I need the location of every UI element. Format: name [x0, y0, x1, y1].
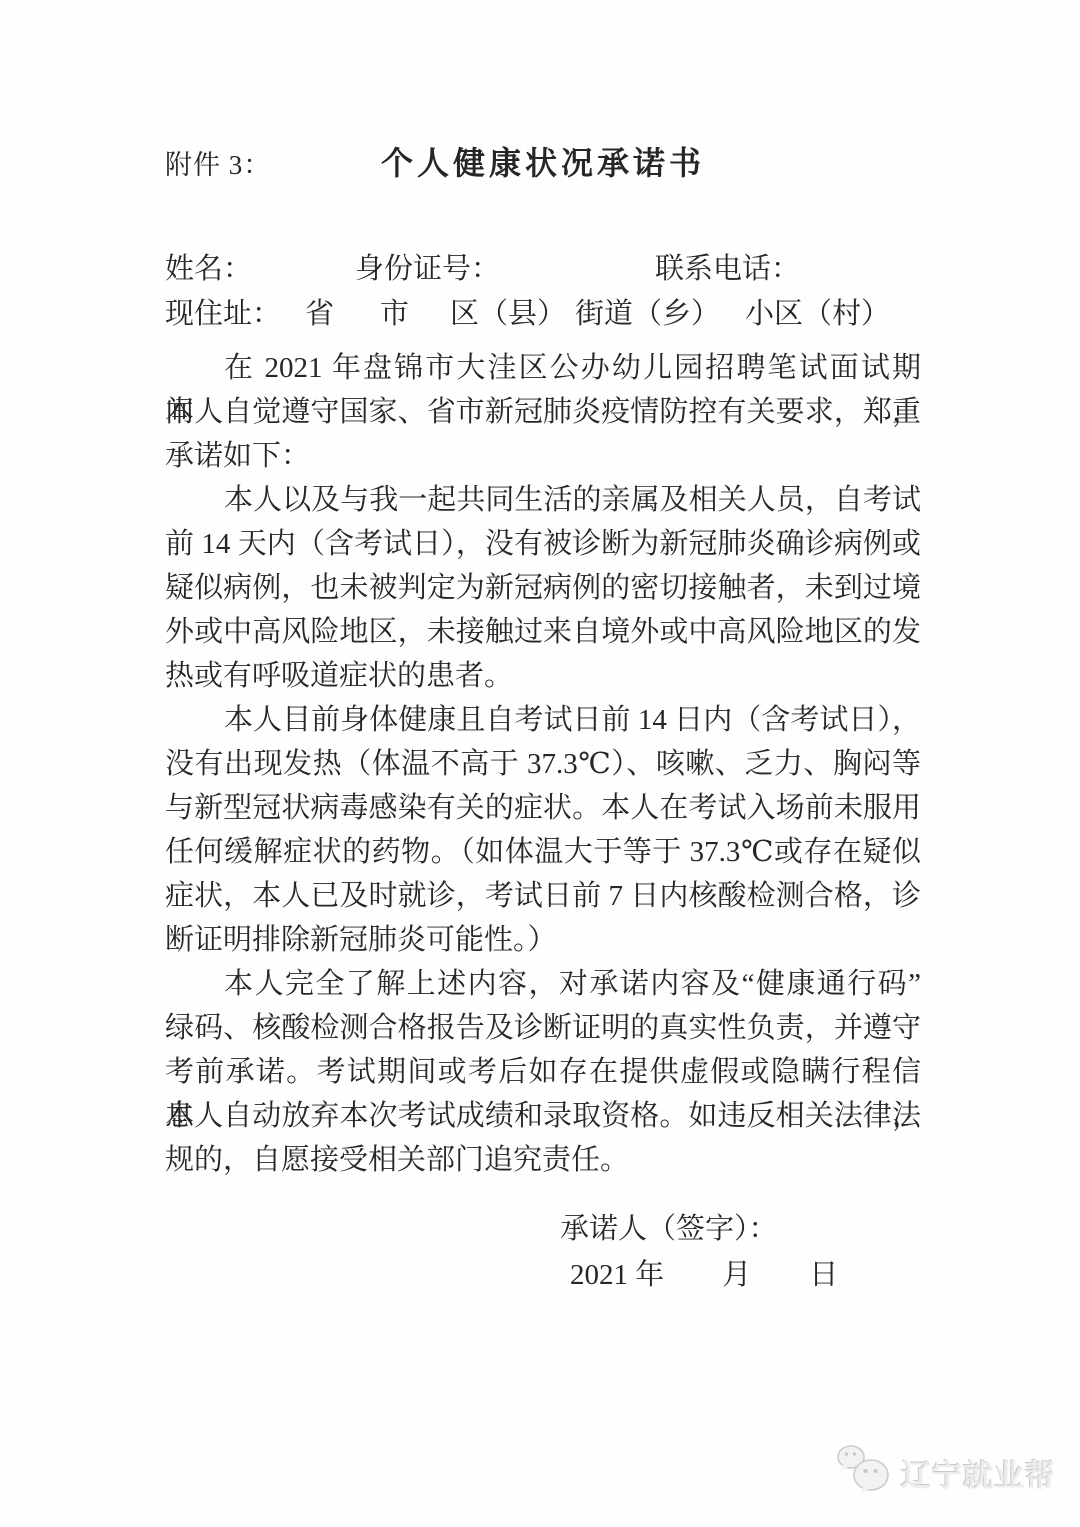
- address-field-row: 现住址： 省 市 区（县） 街道（乡） 小区（村）: [165, 291, 921, 336]
- body-line: 外或中高风险地区，未接触过来自境外或中高风险地区的发: [165, 610, 921, 654]
- document-page: 附件 3： 个人健康状况承诺书 姓名： 身份证号： 联系电话： 现住址： 省 市…: [0, 0, 1080, 1527]
- body-line: 断证明排除新冠肺炎可能性。）: [165, 918, 921, 962]
- paragraph-contact-history: 本人以及与我一起共同生活的亲属及相关人员，自考试 前 14 天内（含考试日），没…: [165, 478, 921, 698]
- id-number-field-label: 身份证号：: [355, 246, 500, 287]
- body-line: 承诺如下：: [165, 434, 921, 478]
- body-line: 本人自动放弃本次考试成绩和录取资格。如违反相关法律法: [165, 1094, 921, 1138]
- paragraph-intro: 在 2021 年盘锦市大洼区公办幼儿园招聘笔试面试期间， 本人自觉遵守国家、省市…: [165, 346, 921, 478]
- body-line: 绿码、核酸检测合格报告及诊断证明的真实性负责，并遵守: [165, 1006, 921, 1050]
- body-line: 本人完全了解上述内容，对承诺内容及“健康通行码”: [165, 962, 921, 1006]
- signature-section: 承诺人（签字）： 2021 年 月 日: [165, 1206, 921, 1298]
- attachment-label: 附件 3：: [165, 143, 271, 182]
- wechat-bubbles-icon: [833, 1442, 895, 1503]
- address-province: 省: [305, 291, 334, 332]
- body-line: 与新型冠状病毒感染有关的症状。本人在考试入场前未服用: [165, 786, 921, 830]
- page-title: 个人健康状况承诺书: [165, 138, 921, 184]
- body-line: 本人自觉遵守国家、省市新冠肺炎疫情防控有关要求，郑重: [165, 390, 921, 434]
- signer-label: 承诺人（签字）：: [560, 1206, 921, 1252]
- address-community: 小区（村）: [745, 291, 890, 332]
- body-line: 没有出现发热（体温不高于 37.3℃）、咳嗽、乏力、胸闷等: [165, 742, 921, 786]
- identity-field-row: 姓名： 身份证号： 联系电话：: [165, 246, 921, 291]
- body-line: 本人目前身体健康且自考试日前 14 日内（含考试日），: [165, 698, 921, 742]
- address-district: 区（县）: [450, 291, 566, 332]
- signature-date-line: 2021 年 月 日: [570, 1252, 921, 1298]
- phone-field-label: 联系电话：: [655, 246, 800, 287]
- name-field-label: 姓名：: [165, 246, 252, 287]
- paragraph-responsibility: 本人完全了解上述内容，对承诺内容及“健康通行码” 绿码、核酸检测合格报告及诊断证…: [165, 962, 921, 1182]
- body-line: 热或有呼吸道症状的患者。: [165, 654, 921, 698]
- document-header: 附件 3： 个人健康状况承诺书: [165, 138, 921, 182]
- body-line: 本人以及与我一起共同生活的亲属及相关人员，自考试: [165, 478, 921, 522]
- body-line: 在 2021 年盘锦市大洼区公办幼儿园招聘笔试面试期间，: [165, 346, 921, 390]
- watermark: 辽宁就业帮: [833, 1442, 1056, 1503]
- address-field-label: 现住址：: [165, 291, 281, 332]
- body-line: 症状，本人已及时就诊，考试日前 7 日内核酸检测合格，诊: [165, 874, 921, 918]
- paragraph-health-status: 本人目前身体健康且自考试日前 14 日内（含考试日）， 没有出现发热（体温不高于…: [165, 698, 921, 962]
- body-line: 任何缓解症状的药物。（如体温大于等于 37.3℃或存在疑似: [165, 830, 921, 874]
- commitment-body: 在 2021 年盘锦市大洼区公办幼儿园招聘笔试面试期间， 本人自觉遵守国家、省市…: [165, 346, 921, 1182]
- body-line: 前 14 天内（含考试日），没有被诊断为新冠肺炎确诊病例或: [165, 522, 921, 566]
- body-line: 疑似病例，也未被判定为新冠病例的密切接触者，未到过境: [165, 566, 921, 610]
- address-street: 街道（乡）: [575, 291, 720, 332]
- body-line: 考前承诺。考试期间或考后如存在提供虚假或隐瞒行程信息，: [165, 1050, 921, 1094]
- address-city: 市: [380, 291, 409, 332]
- body-line: 规的，自愿接受相关部门追究责任。: [165, 1138, 921, 1182]
- watermark-text: 辽宁就业帮: [901, 1451, 1056, 1495]
- document-content: 附件 3： 个人健康状况承诺书 姓名： 身份证号： 联系电话： 现住址： 省 市…: [165, 138, 921, 1298]
- fields-section: 姓名： 身份证号： 联系电话： 现住址： 省 市 区（县） 街道（乡） 小区（村…: [165, 246, 921, 336]
